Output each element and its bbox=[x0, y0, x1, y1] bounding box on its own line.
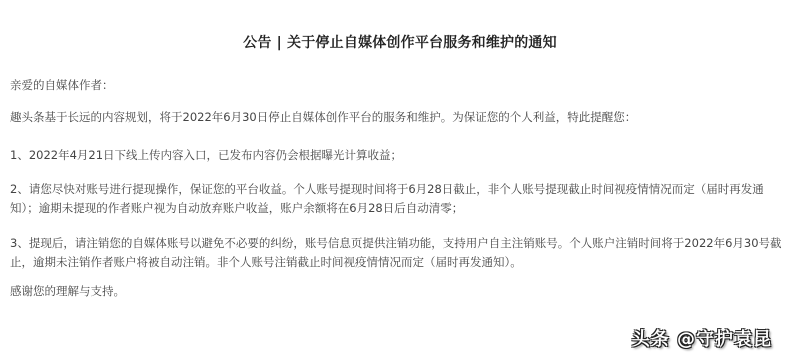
greeting: 亲爱的自媒体作者： bbox=[10, 76, 790, 95]
notice-item-3: 3、提现后，请注销您的自媒体账号以避免不必要的纠纷，账号信息页提供注销功能，支持… bbox=[10, 234, 790, 272]
watermark: 头条 @守护袁昆 bbox=[632, 325, 772, 351]
notice-item-2: 2、请您尽快对账号进行提现操作，保证您的平台收益。个人账号提现时间将于6月28日… bbox=[10, 180, 790, 218]
intro-paragraph: 趣头条基于长远的内容规划，将于2022年6月30日停止自媒体创作平台的服务和维护… bbox=[10, 108, 790, 127]
notice-item-1: 1、2022年4月21日下线上传内容入口，已发布内容仍会根据曝光计算收益； bbox=[10, 146, 790, 165]
closing-text: 感谢您的理解与支持。 bbox=[10, 282, 790, 301]
notice-title: 公告 | 关于停止自媒体创作平台服务和维护的通知 bbox=[0, 32, 800, 52]
